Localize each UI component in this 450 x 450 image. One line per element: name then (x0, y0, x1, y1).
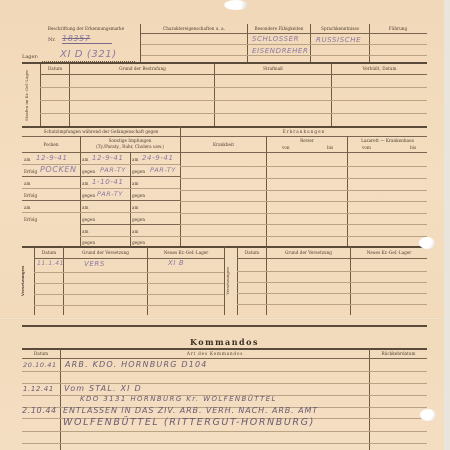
punish-row-line (40, 113, 427, 114)
section-divider (22, 62, 427, 64)
vacc-row-label: gegen (82, 194, 95, 198)
ill-row-line (180, 213, 427, 214)
lager-value: XI D (321) (60, 50, 117, 60)
vacc-other1-date: 1-10-41 (92, 179, 124, 186)
punish-col-served: Verbüßt, Datum (332, 67, 427, 71)
kommando-row-line (22, 371, 427, 372)
lager-label: Lager: (22, 55, 39, 60)
vacc-row-line (22, 188, 180, 189)
ill-col-revier: Revier (267, 139, 347, 143)
punish-row-line (40, 74, 427, 75)
kommandos-title: Kommandos (22, 337, 427, 347)
nr-label: Nr. (48, 38, 56, 43)
kommando-text: WOLFENBÜTTEL (RITTERGUT-HORNBURG) (63, 418, 315, 428)
vacc-row-label: am (82, 158, 88, 162)
vacc-pox-label: Pocken (22, 143, 80, 147)
header-row-line (141, 33, 427, 34)
kommando-col-return: Rückkehrdatum (370, 352, 427, 356)
vacc-row-label: Erfolg (24, 218, 37, 222)
vacc-row-label: am (24, 182, 30, 186)
kommando-date: 1.12.41 (23, 386, 54, 393)
punish-row-line (40, 100, 427, 101)
vacc-other-label: Sonstige Impfungen (80, 139, 180, 143)
vacc-row-label: gegen (82, 218, 95, 222)
kommando-row-line (22, 358, 427, 359)
kommando-text: ARB. KDO. HORNBURG D104 (65, 361, 208, 369)
ill-lazarett-bis: bis (410, 146, 416, 150)
ill-revier-von: von (282, 146, 290, 150)
ill-row-line (180, 236, 427, 237)
tear-top (224, 0, 248, 10)
ill-row-line (180, 152, 427, 153)
vacc-row-label: gegen (82, 241, 95, 245)
ill-title-line (180, 136, 427, 137)
vacc-row-label: am (132, 230, 138, 234)
punch-hole (419, 237, 435, 249)
ill-col-illness: Krankheit (181, 143, 266, 147)
ill-row-line (180, 166, 427, 167)
kommando-col-divider (60, 349, 61, 450)
section-divider (22, 325, 427, 327)
punish-col-reason: Grund der Bestrafung (70, 67, 215, 71)
kommando-text: ENTLASSEN IN DAS ZIV. ARB. VERH. NACH. A… (63, 407, 318, 415)
vacc-row-label: am (24, 158, 30, 162)
vacc-row-label: gegen (82, 170, 95, 174)
transfer-col-date: Datum (35, 251, 63, 255)
transfer-col-reason: Grund der Versetzung (64, 251, 147, 255)
skills-value-1: SCHLOSSER (252, 36, 299, 43)
vacc-title-line (22, 136, 180, 137)
punishments-side-label: Strafen im Kr.-Gef.-Lager (25, 71, 37, 121)
illnesses-title: Erkrankungen (181, 130, 427, 134)
skills-value-2: EISENDREHER (252, 48, 308, 55)
vacc-other1-date: 12-9-41 (92, 155, 124, 162)
kommando-date: 2.10.44 (22, 407, 57, 415)
transfer-col-camp: Neues Kr.-Gef.-Lager (148, 251, 224, 255)
vacc-row-label: gegen (132, 241, 145, 245)
transfers-side-label-right: Versetzungen (226, 261, 236, 301)
vaccinations-title: Schutzimpfungen während der Gefangenscha… (22, 130, 180, 134)
kommando-text: KDO 3131 HORNBURG Kr. WOLFENBÜTTEL (80, 396, 277, 403)
ill-row-line (180, 201, 427, 202)
vacc-other-sublabel: (Ty./Paraty., Ruhr, Cholera usw.) (80, 145, 180, 149)
ill-row-line (180, 224, 427, 225)
ill-revier-bis: bis (327, 146, 333, 150)
nr-underline (62, 43, 112, 44)
punish-col-date: Datum (41, 67, 69, 71)
kommando-row-line (22, 431, 427, 432)
vacc-row-label: am (132, 182, 138, 186)
header-row-line (141, 55, 427, 56)
paper-fold (0, 317, 450, 320)
kommando-col-divider (369, 349, 370, 450)
nr-value: 18357 (62, 35, 90, 43)
ill-row-line (180, 190, 427, 191)
punch-hole (420, 409, 436, 421)
transfer-camp: XI B (168, 260, 184, 267)
vacc-other2-against: PAR-TY (150, 167, 176, 174)
vacc-row-label: am (82, 230, 88, 234)
vacc-header-line (22, 152, 180, 153)
punish-row-line (40, 87, 427, 88)
transfer2-col-date: Datum (238, 251, 266, 255)
vacc-other1-against: PAR-TY (100, 167, 126, 174)
vacc-row-line (22, 212, 180, 213)
transfer-reason: VERS (84, 261, 105, 268)
transfer-row-line (34, 283, 224, 284)
vacc-row-label: am (132, 206, 138, 210)
transfer2-col-reason: Grund der Versetzung (267, 251, 350, 255)
vacc-row-label: am (132, 158, 138, 162)
pow-registration-card: Beschriftung der Erkennungsmarke Nr. 183… (0, 0, 450, 450)
marking-label: Beschriftung der Erkennungsmarke (36, 27, 136, 31)
vacc-row-line (22, 200, 180, 201)
kommando-text: Vom STAL. XI D (64, 385, 142, 393)
vacc-row-label: gegen (132, 218, 145, 222)
transfer2-row-line (237, 304, 427, 305)
section-divider (22, 126, 427, 128)
vacc-row-line (80, 236, 180, 237)
vacc-row-label: Erfolg (24, 194, 37, 198)
languages-label: Sprachkenntnisse (311, 27, 369, 31)
transfer-row-line (34, 305, 224, 306)
kommando-col-type: Art des Kommandos (61, 352, 369, 356)
vacc-row-line (22, 176, 180, 177)
vacc-row-label: am (24, 206, 30, 210)
paper-edge (444, 0, 450, 450)
vacc-row-label: gegen (132, 170, 145, 174)
header-divider (140, 24, 141, 62)
header-row-line (141, 44, 427, 45)
vacc-row-line (80, 224, 180, 225)
ill-col-lazarett: Lazarett — Krankenhaus (348, 139, 427, 143)
kommando-row-line (22, 443, 427, 444)
transfers-side-label-left: Versetzungen (21, 261, 31, 301)
transfer-row-line (34, 294, 224, 295)
ill-row-line (180, 178, 427, 179)
skills-label: Besondere Fähigkeiten (248, 27, 310, 31)
transfer-date: 11.1.41 (37, 261, 64, 267)
transfer-row-line (34, 272, 224, 273)
vacc-other1-against: PAR-TY (97, 191, 123, 198)
transfer2-row-line (237, 293, 427, 294)
vacc-row-label: am (82, 206, 88, 210)
vacc-other2-date: 24-9-41 (142, 155, 174, 162)
transfer2-row-line (237, 258, 427, 259)
ill-lazarett-vom: vom (362, 146, 371, 150)
transfer-row-line (34, 258, 224, 259)
vacc-row-label: Erfolg (24, 170, 37, 174)
section-divider (22, 348, 427, 350)
vacc-row-label: gegen (132, 194, 145, 198)
transfer2-row-line (237, 282, 427, 283)
vacc-pox-result: POCKEN (40, 166, 77, 174)
conduct-label: Führung (370, 27, 426, 31)
vacc-row-label: am (82, 182, 88, 186)
kommando-col-date: Datum (22, 352, 60, 356)
vacc-pox-date: 12-9-41 (36, 155, 68, 162)
kommando-date: 20.10.41 (23, 362, 57, 369)
traits-label: Charaktereigenschaften u. a. (142, 27, 246, 31)
punish-col-penalty: Strafmaß (215, 67, 331, 71)
languages-value: RUSSISCHE (316, 37, 361, 44)
transfer2-col-camp: Neues Kr.-Gef.-Lager (351, 251, 427, 255)
transfer2-row-line (237, 271, 427, 272)
